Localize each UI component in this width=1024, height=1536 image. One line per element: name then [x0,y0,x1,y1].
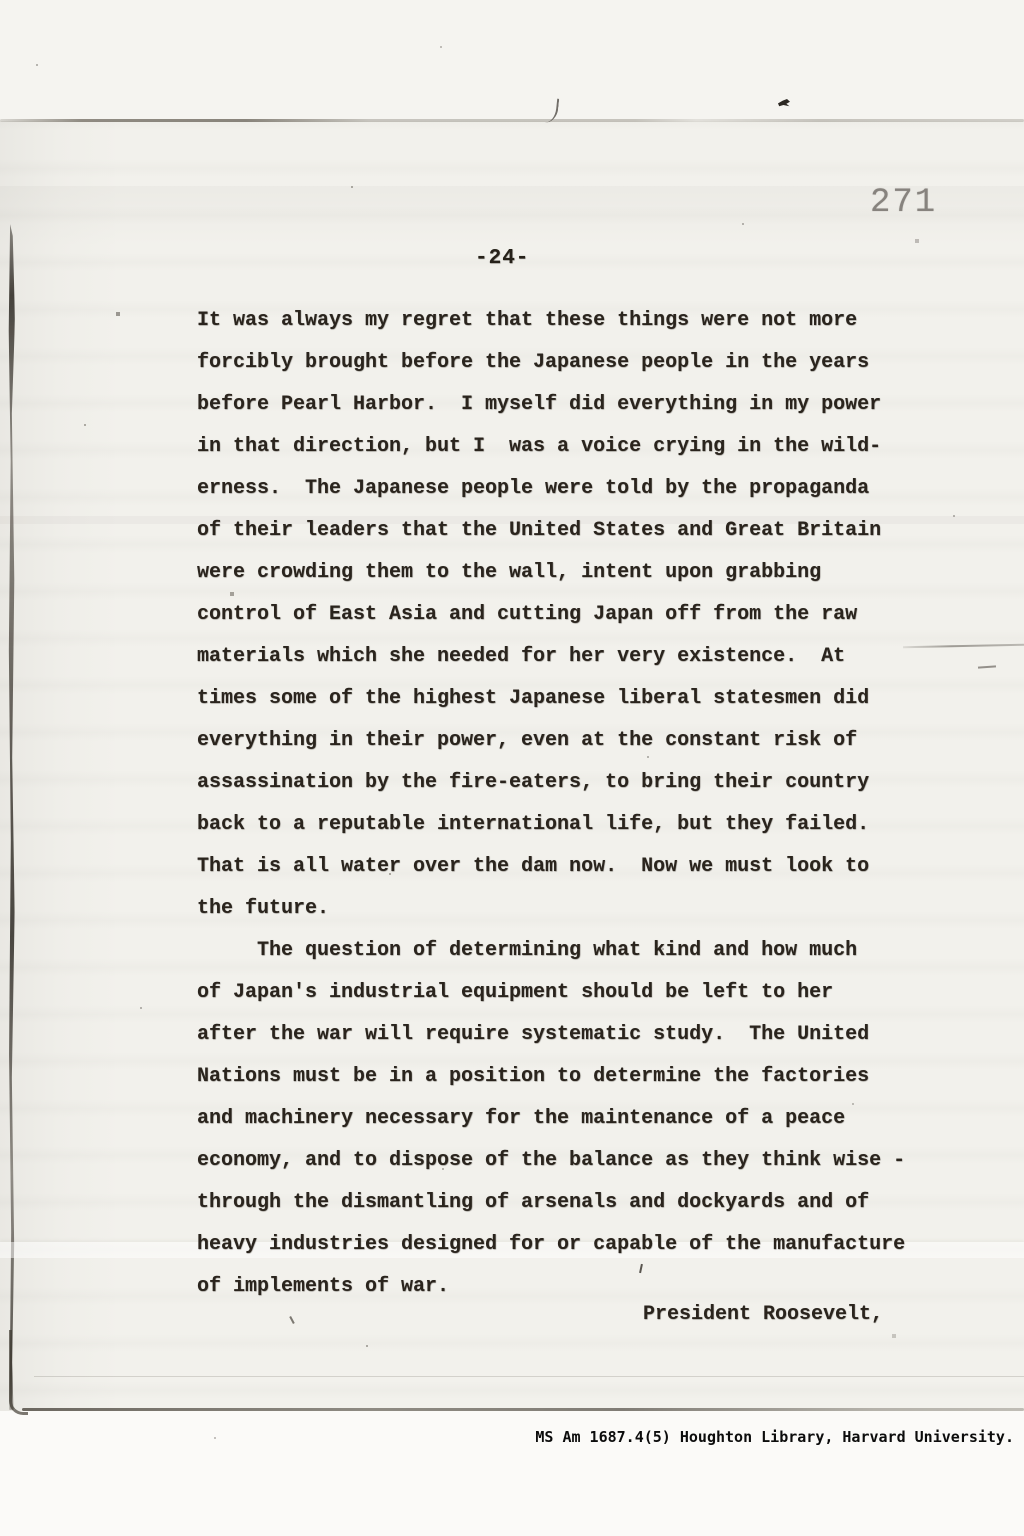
typescript-line: It was always my regret that these thing… [197,300,905,342]
typescript-line: were crowding them to the wall, intent u… [197,552,905,594]
library-credit-line: MS Am 1687.4(5) Houghton Library, Harvar… [535,1428,1014,1446]
typescript-line: through the dismantling of arsenals and … [197,1182,905,1224]
typescript-line: assassination by the fire-eaters, to bri… [197,762,905,804]
folio-page-number: 271 [870,184,937,222]
typescript-line: in that direction, but I was a voice cry… [197,426,905,468]
scan-artifact-line [34,1376,1024,1377]
typescript-line: heavy industries designed for or capable… [197,1224,905,1266]
paper-top-edge [0,119,1024,122]
attribution-signature: President Roosevelt, [643,1294,883,1336]
scanned-document-page: 271 -24- It was always my regret that th… [0,0,1024,1536]
typescript-line: control of East Asia and cutting Japan o… [197,594,905,636]
typescript-line: everything in their power, even at the c… [197,720,905,762]
typescript-line: of their leaders that the United States … [197,510,905,552]
scan-noise-speckles [0,0,2,2]
typescript-line: after the war will require systematic st… [197,1014,905,1056]
typescript-line: of Japan's industrial equipment should b… [197,972,905,1014]
typescript-line: Nations must be in a position to determi… [197,1056,905,1098]
paper-bottom-edge [22,1408,1024,1411]
ink-blot-speck [778,99,790,107]
typescript-line: That is all water over the dam now. Now … [197,846,905,888]
typescript-line: and machinery necessary for the maintena… [197,1098,905,1140]
typescript-line: materials which she needed for her very … [197,636,905,678]
typescript-line: back to a reputable international life, … [197,804,905,846]
typescript-line: erness. The Japanese people were told by… [197,468,905,510]
typescript-line: economy, and to dispose of the balance a… [197,1140,905,1182]
typescript-body: It was always my regret that these thing… [197,300,905,1308]
typescript-line: times some of the highest Japanese liber… [197,678,905,720]
typescript-line: The question of determining what kind an… [197,930,905,972]
typescript-line: forcibly brought before the Japanese peo… [197,342,905,384]
paper-bottom-left-corner [9,1330,28,1415]
typed-page-number: -24- [475,247,529,270]
typescript-line: before Pearl Harbor. I myself did everyt… [197,384,905,426]
typescript-line: the future. [197,888,905,930]
